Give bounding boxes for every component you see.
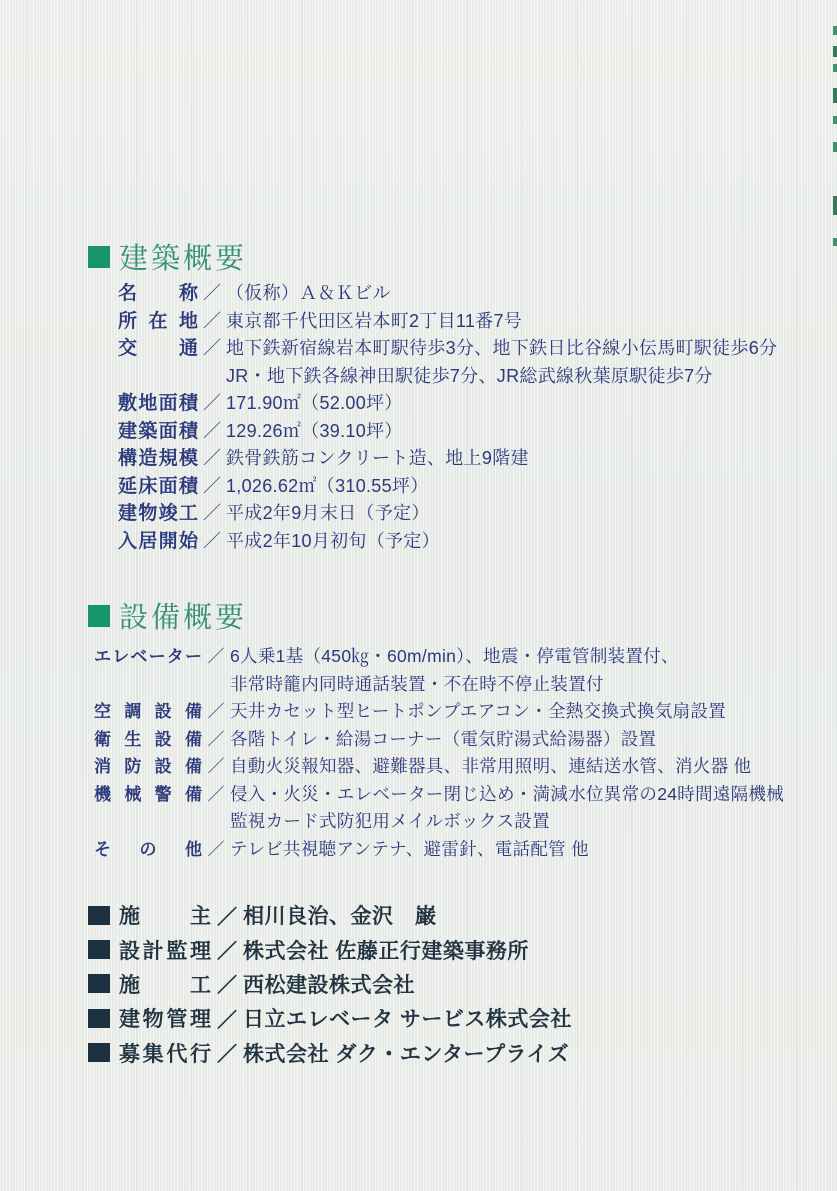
spec-value: 129.26㎡（39.10坪） bbox=[226, 418, 403, 446]
dark-square-icon bbox=[88, 906, 110, 925]
spec-label: 建物竣工 bbox=[118, 500, 198, 528]
spec-value: 鉄骨鉄筋コンクリート造、地上9階建 bbox=[226, 445, 529, 473]
edge-mark bbox=[833, 46, 837, 57]
spec-row-elevator: エレベーター ／ 6人乗1基（450㎏・60m/min）、地震・停電管制装置付、 bbox=[94, 643, 784, 671]
spec-label: 名称 bbox=[118, 280, 198, 308]
spec-row-site-area: 敷地面積 ／ 171.90㎡（52.00坪） bbox=[118, 390, 777, 418]
spec-label: 延床面積 bbox=[118, 473, 198, 501]
slash-separator: ／ bbox=[198, 528, 226, 556]
credit-row-agency: 募集代行 ／ 株式会社 ダク・エンタープライズ bbox=[88, 1036, 572, 1070]
credit-value: 相川良治、金沢 巌 bbox=[243, 900, 437, 930]
edge-mark bbox=[833, 142, 837, 152]
slash-separator: ／ bbox=[202, 781, 230, 809]
credit-label: 施工 bbox=[119, 969, 211, 999]
spec-value-line2: JR・地下鉄各線神田駅徒歩7分、JR総武線秋葉原駅徒歩7分 bbox=[226, 363, 777, 391]
spec-label: 構造規模 bbox=[118, 445, 198, 473]
spec-row-floor-area: 延床面積 ／ 1,026.62㎡（310.55坪） bbox=[118, 473, 777, 501]
spec-label: その他 bbox=[94, 836, 202, 864]
slash-separator: ／ bbox=[198, 335, 226, 363]
spec-value: 地下鉄新宿線岩本町駅待歩3分、地下鉄日比谷線小伝馬町駅徒歩6分 bbox=[226, 335, 777, 363]
spec-row-access: 交通 ／ 地下鉄新宿線岩本町駅待歩3分、地下鉄日比谷線小伝馬町駅徒歩6分 bbox=[118, 335, 777, 363]
slash-separator: ／ bbox=[198, 390, 226, 418]
spec-value: 171.90㎡（52.00坪） bbox=[226, 390, 403, 418]
edge-mark bbox=[833, 26, 837, 35]
spec-label: 交通 bbox=[118, 335, 198, 363]
spec-row-sanitary: 衛生設備 ／ 各階トイレ・給湯コーナー（電気貯湯式給湯器）設置 bbox=[94, 726, 784, 754]
spec-label: 空調設備 bbox=[94, 698, 202, 726]
slash-separator: ／ bbox=[198, 308, 226, 336]
dark-square-icon bbox=[88, 1009, 110, 1028]
edge-mark bbox=[833, 196, 837, 215]
spec-label: 敷地面積 bbox=[118, 390, 198, 418]
building-spec-list: 名称 ／ （仮称）Ａ＆Ｋビル 所在地 ／ 東京都千代田区岩本町2丁目11番7号 … bbox=[118, 280, 777, 555]
credit-label: 施主 bbox=[119, 900, 211, 930]
dark-square-icon bbox=[88, 974, 110, 993]
edge-mark bbox=[833, 64, 837, 72]
green-square-icon bbox=[88, 246, 110, 268]
credit-value: 西松建設株式会社 bbox=[243, 969, 415, 999]
credit-label: 建物管理 bbox=[119, 1003, 211, 1033]
spec-label: 機械警備 bbox=[94, 781, 202, 809]
spec-value: （仮称）Ａ＆Ｋビル bbox=[226, 280, 391, 308]
slash-separator: ／ bbox=[211, 901, 243, 930]
facilities-spec-list: エレベーター ／ 6人乗1基（450㎏・60m/min）、地震・停電管制装置付、… bbox=[94, 643, 784, 863]
spec-row-other: その他 ／ テレビ共視聴アンテナ、避雷針、電話配管 他 bbox=[94, 836, 784, 864]
credit-value: 日立エレベータ サービス株式会社 bbox=[243, 1003, 572, 1033]
edge-mark bbox=[833, 88, 837, 103]
spec-value: 自動火災報知器、避難器具、非常用照明、連結送水管、消火器 他 bbox=[230, 753, 751, 781]
slash-separator: ／ bbox=[202, 698, 230, 726]
spec-value: 各階トイレ・給湯コーナー（電気貯湯式給湯器）設置 bbox=[230, 726, 656, 754]
edge-mark bbox=[833, 116, 837, 124]
spec-label: 建築面積 bbox=[118, 418, 198, 446]
slash-separator: ／ bbox=[211, 1004, 243, 1033]
facilities-overview-heading: 設備概要 bbox=[88, 595, 247, 636]
spec-row-building-area: 建築面積 ／ 129.26㎡（39.10坪） bbox=[118, 418, 777, 446]
slash-separator: ／ bbox=[211, 935, 243, 964]
spec-value-line2: 監視カード式防犯用メイルボックス設置 bbox=[230, 808, 784, 836]
slash-separator: ／ bbox=[202, 643, 230, 671]
credit-value: 株式会社 ダク・エンタープライズ bbox=[243, 1038, 569, 1068]
credit-label: 募集代行 bbox=[119, 1038, 211, 1068]
slash-separator: ／ bbox=[198, 473, 226, 501]
spec-value: 天井カセット型ヒートポンプエアコン・全熱交換式換気扇設置 bbox=[230, 698, 726, 726]
section-title: 設備概要 bbox=[119, 595, 247, 636]
spec-value-line2: 非常時籠内同時通話装置・不在時不停止装置付 bbox=[230, 671, 784, 699]
edge-mark bbox=[833, 238, 837, 246]
credit-row-construction: 施工 ／ 西松建設株式会社 bbox=[88, 967, 572, 1001]
slash-separator: ／ bbox=[198, 418, 226, 446]
spec-label: 入居開始 bbox=[118, 528, 198, 556]
spec-value: テレビ共視聴アンテナ、避雷針、電話配管 他 bbox=[230, 836, 589, 864]
credit-row-design: 設計監理 ／ 株式会社 佐藤正行建築事務所 bbox=[88, 932, 572, 966]
spec-row-name: 名称 ／ （仮称）Ａ＆Ｋビル bbox=[118, 280, 777, 308]
spec-value: 6人乗1基（450㎏・60m/min）、地震・停電管制装置付、 bbox=[230, 643, 679, 671]
credit-row-management: 建物管理 ／ 日立エレベータ サービス株式会社 bbox=[88, 1001, 572, 1035]
brochure-page: 建築概要 名称 ／ （仮称）Ａ＆Ｋビル 所在地 ／ 東京都千代田区岩本町2丁目1… bbox=[0, 0, 837, 1191]
spec-value: 東京都千代田区岩本町2丁目11番7号 bbox=[226, 308, 522, 336]
slash-separator: ／ bbox=[202, 836, 230, 864]
spec-value: 1,026.62㎡（310.55坪） bbox=[226, 473, 429, 501]
slash-separator: ／ bbox=[211, 1038, 243, 1067]
section-title: 建築概要 bbox=[119, 236, 247, 277]
slash-separator: ／ bbox=[202, 753, 230, 781]
slash-separator: ／ bbox=[198, 500, 226, 528]
slash-separator: ／ bbox=[198, 445, 226, 473]
credit-value: 株式会社 佐藤正行建築事務所 bbox=[243, 935, 529, 965]
slash-separator: ／ bbox=[198, 280, 226, 308]
spec-row-address: 所在地 ／ 東京都千代田区岩本町2丁目11番7号 bbox=[118, 308, 777, 336]
spec-label: 衛生設備 bbox=[94, 726, 202, 754]
spec-row-occupancy: 入居開始 ／ 平成2年10月初旬（予定） bbox=[118, 528, 777, 556]
spec-label: 消防設備 bbox=[94, 753, 202, 781]
spec-row-hvac: 空調設備 ／ 天井カセット型ヒートポンプエアコン・全熱交換式換気扇設置 bbox=[94, 698, 784, 726]
spec-row-security: 機械警備 ／ 侵入・火災・エレベーター閉じ込め・満減水位異常の24時間遠隔機械 bbox=[94, 781, 784, 809]
spec-value: 侵入・火災・エレベーター閉じ込め・満減水位異常の24時間遠隔機械 bbox=[230, 781, 784, 809]
credits-section: 施主 ／ 相川良治、金沢 巌 設計監理 ／ 株式会社 佐藤正行建築事務所 施工 … bbox=[88, 898, 572, 1070]
spec-value: 平成2年9月末日（予定） bbox=[226, 500, 430, 528]
slash-separator: ／ bbox=[211, 969, 243, 998]
slash-separator: ／ bbox=[202, 726, 230, 754]
dark-square-icon bbox=[88, 1043, 110, 1062]
spec-label: 所在地 bbox=[118, 308, 198, 336]
spec-row-structure: 構造規模 ／ 鉄骨鉄筋コンクリート造、地上9階建 bbox=[118, 445, 777, 473]
dark-square-icon bbox=[88, 940, 110, 959]
spec-row-fire: 消防設備 ／ 自動火災報知器、避難器具、非常用照明、連結送水管、消火器 他 bbox=[94, 753, 784, 781]
credit-row-owner: 施主 ／ 相川良治、金沢 巌 bbox=[88, 898, 572, 932]
spec-row-completion: 建物竣工 ／ 平成2年9月末日（予定） bbox=[118, 500, 777, 528]
spec-label: エレベーター bbox=[94, 643, 202, 671]
credit-label: 設計監理 bbox=[119, 935, 211, 965]
spec-value: 平成2年10月初旬（予定） bbox=[226, 528, 440, 556]
green-square-icon bbox=[88, 605, 110, 627]
building-overview-heading: 建築概要 bbox=[88, 236, 247, 277]
